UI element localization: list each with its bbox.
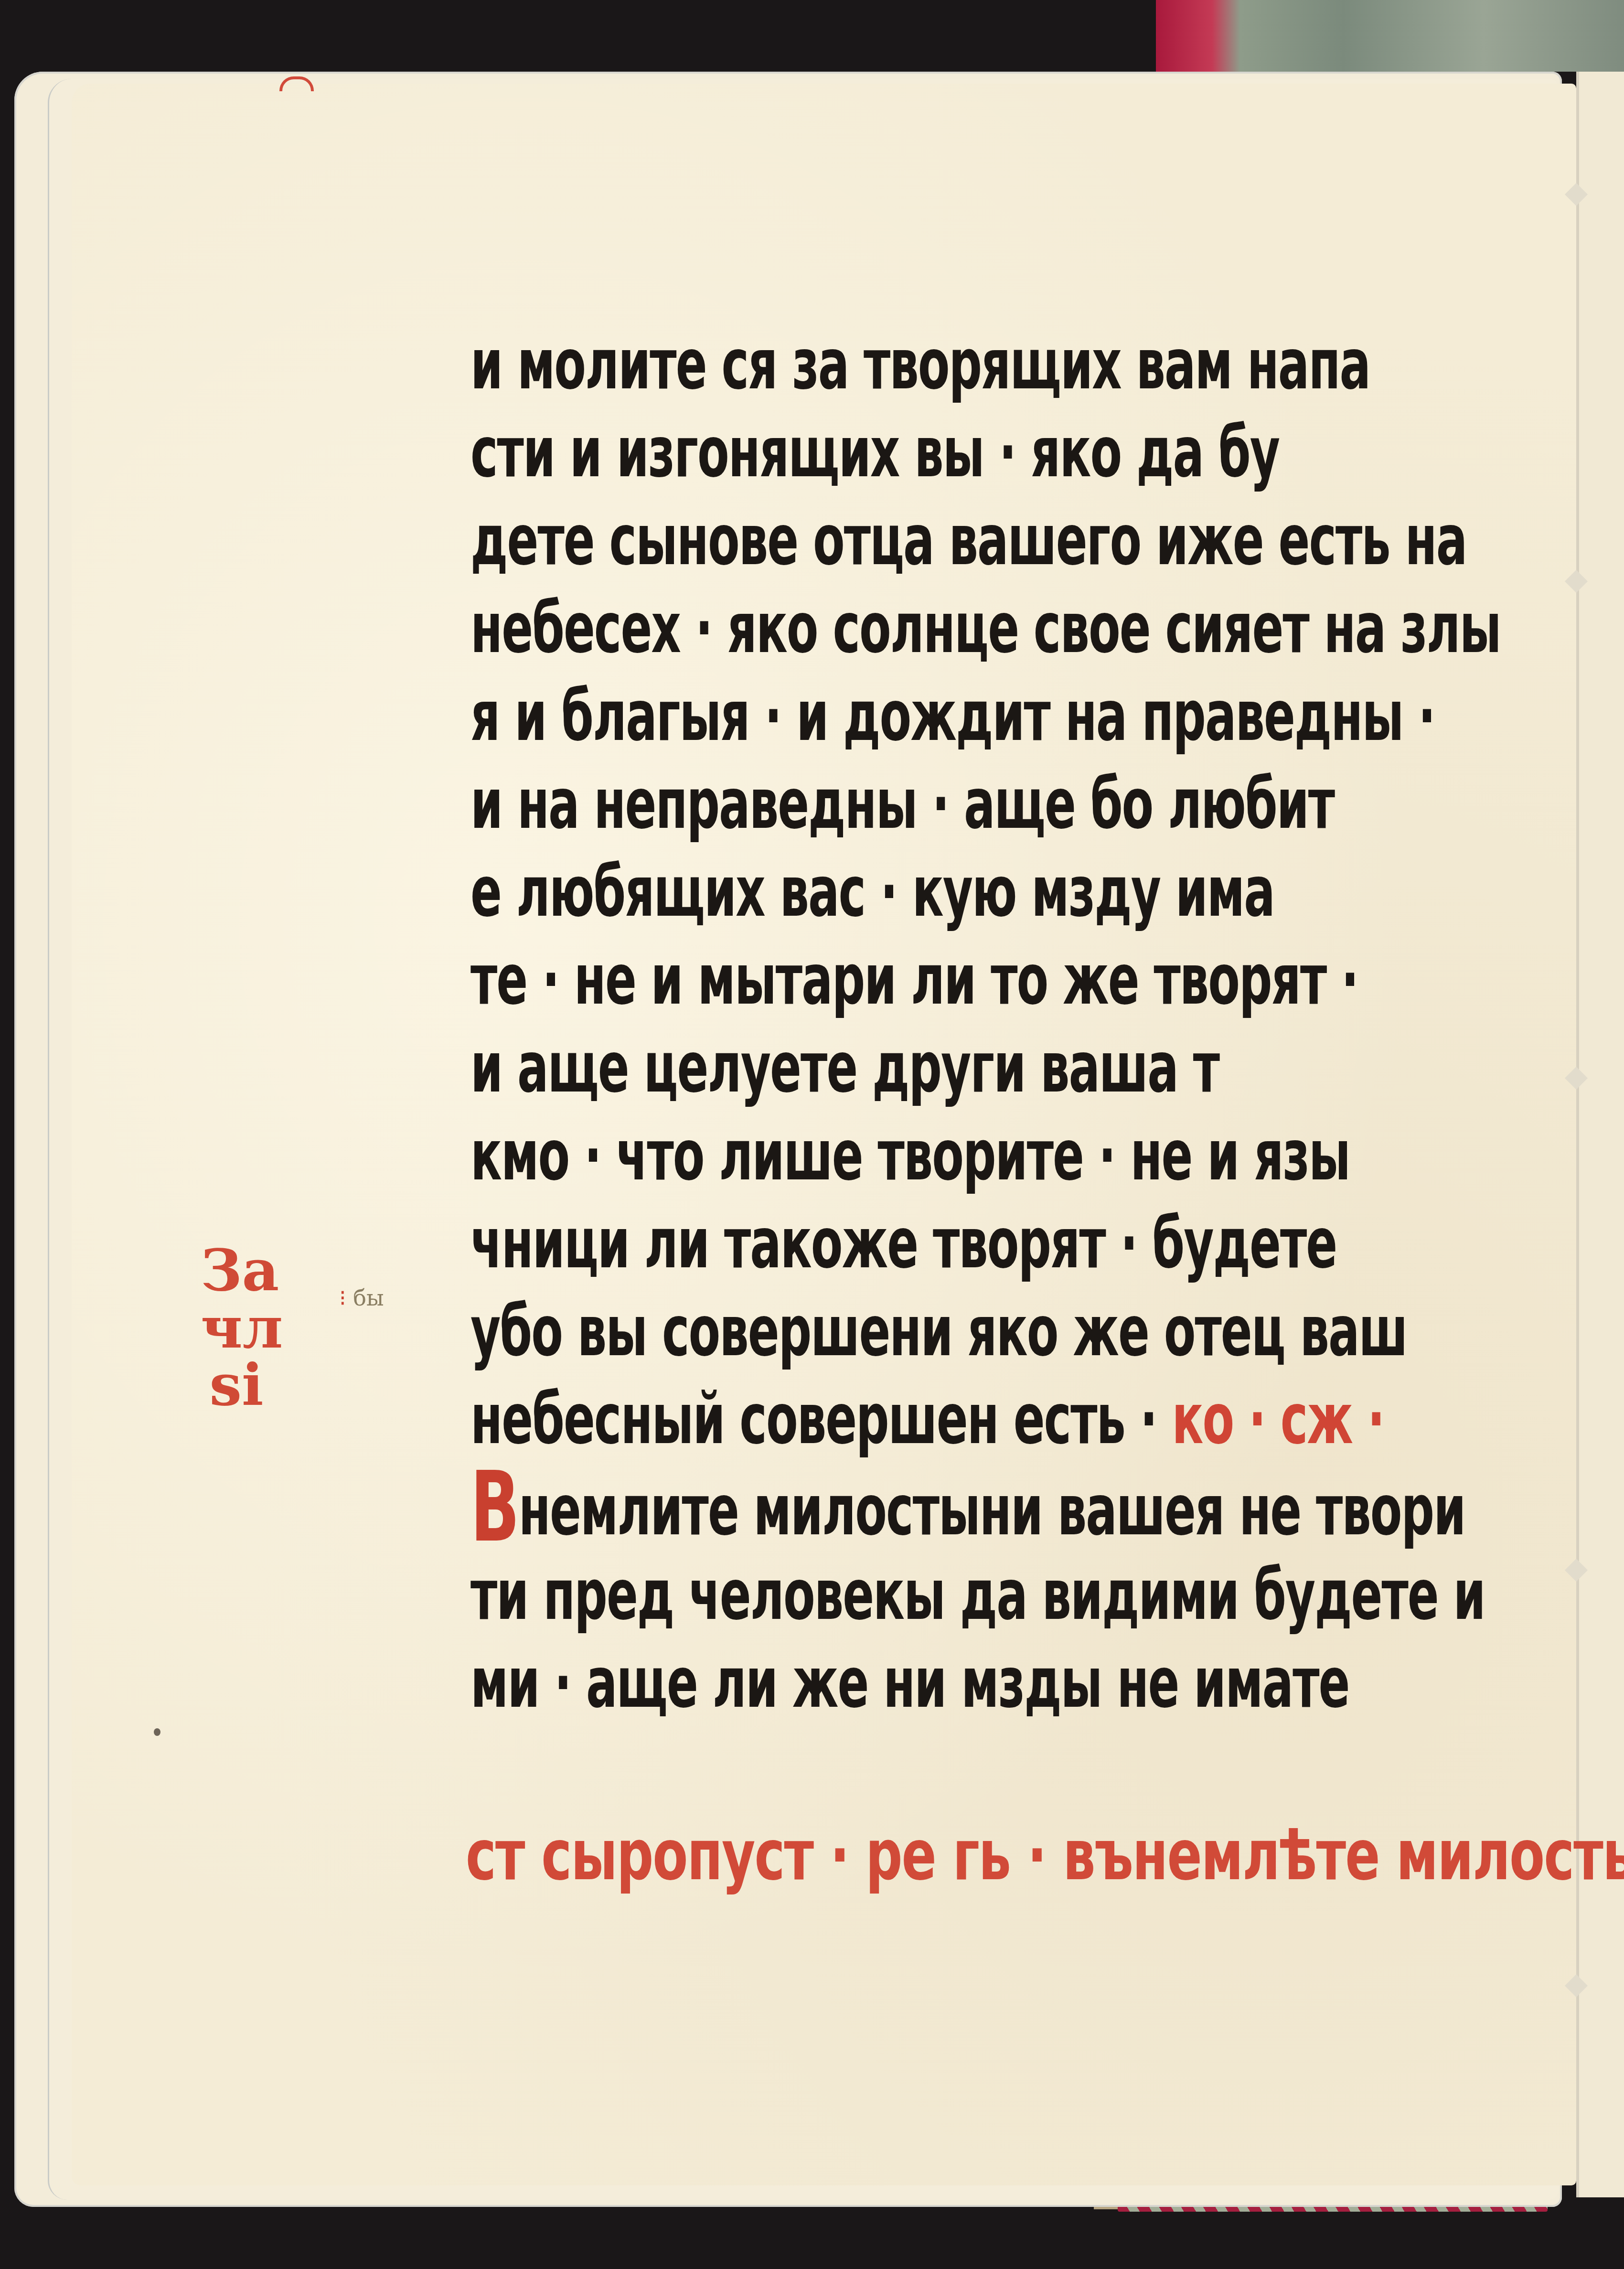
margin-small-note: ⁝ бы (339, 1285, 384, 1311)
margin-line: ѕі (201, 1357, 272, 1414)
red-initial: В (470, 1452, 519, 1564)
main-text-block: и молите ся за творящих вам напа сти и и… (470, 330, 1402, 1736)
margin-line: За (201, 1242, 272, 1299)
text-segment: немлите милостыни вашея не твори (519, 1470, 1465, 1551)
margin-gloss: бы (353, 1285, 384, 1311)
bottom-rubric: ст сыропуст · ре гь · вънемлѣте милостын… (466, 1815, 1469, 1896)
binding-fabric-top (1156, 0, 1624, 72)
margin-zachalo-number: За чл ѕі (201, 1242, 272, 1414)
margin-marks: ⁝ (339, 1285, 346, 1311)
text-segment: небесный совершен есть · (470, 1379, 1157, 1460)
inline-rubric: ко · сж · (1172, 1379, 1384, 1460)
ink-speck (154, 1728, 160, 1736)
text-line: ми · аще ли же ни мзды не имате (470, 1648, 1402, 1766)
margin-line: чл (201, 1299, 272, 1357)
